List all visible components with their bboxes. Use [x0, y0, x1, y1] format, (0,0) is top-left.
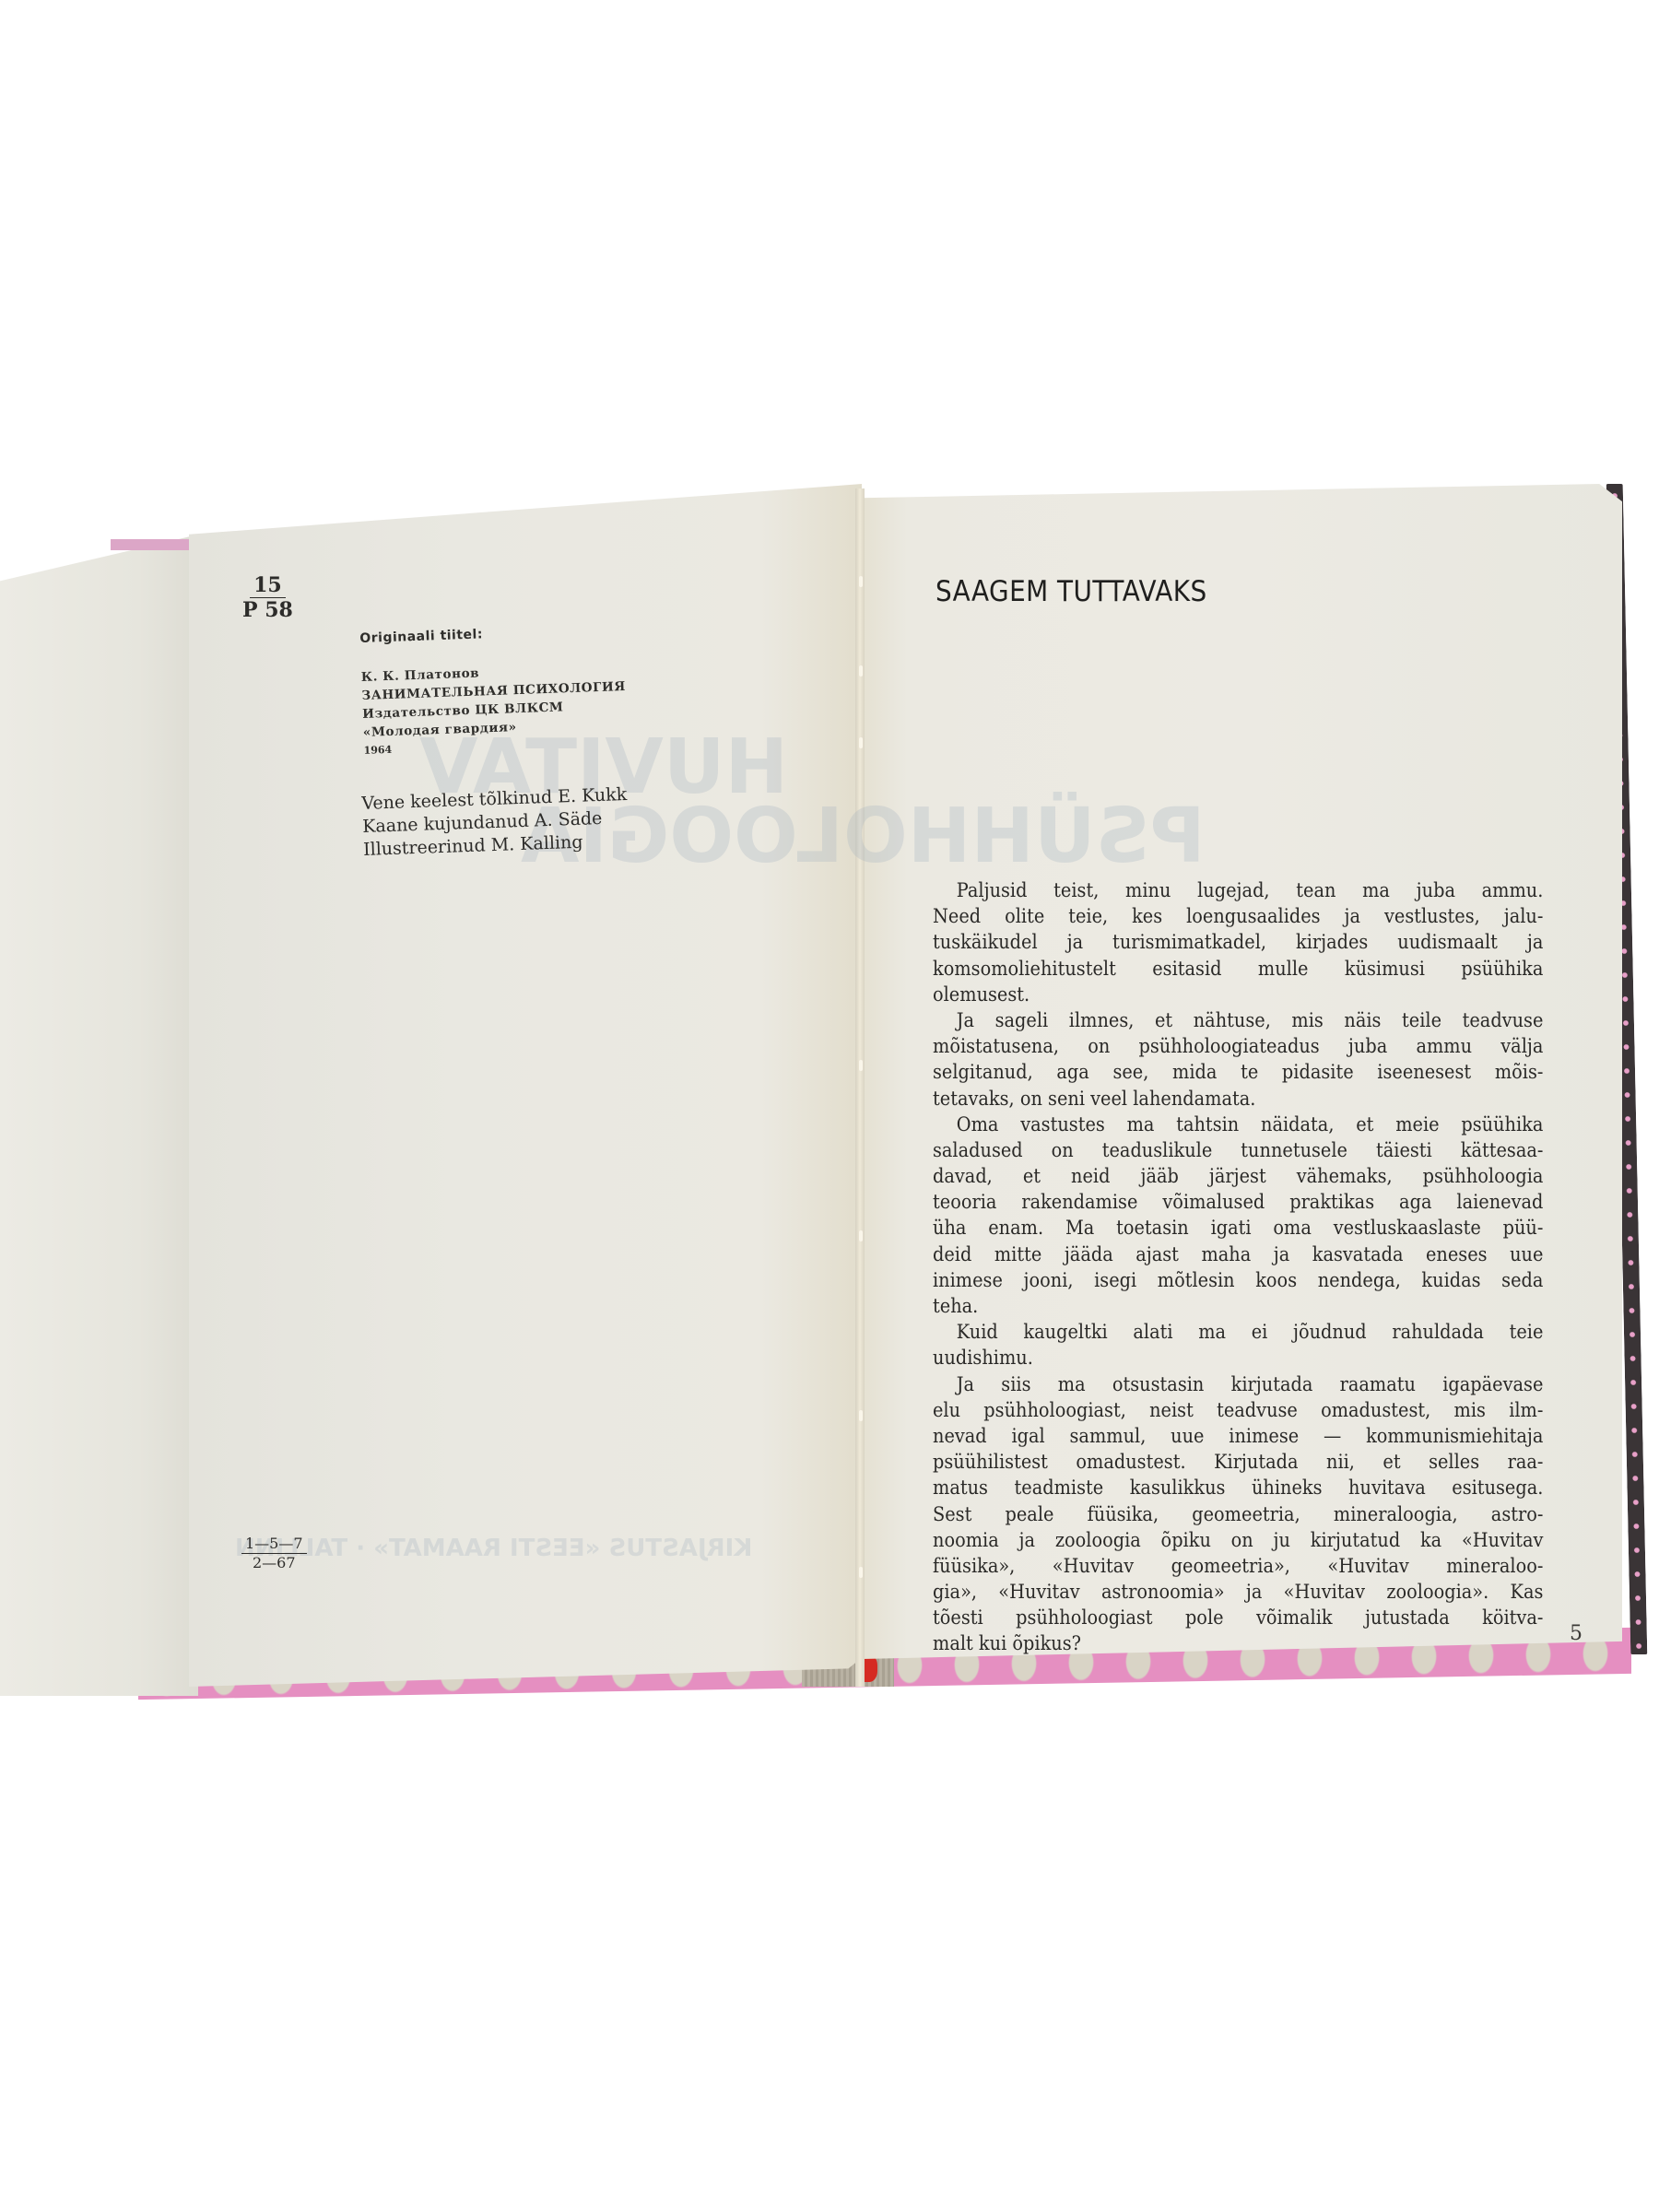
- text-line: olemusest.: [933, 982, 1543, 1007]
- print-code: 1—5—7 2—67: [241, 1535, 307, 1572]
- text-line: malt kui õpikus?: [933, 1630, 1543, 1656]
- text-line: Paljusid teist, minu lugejad, tean ma ju…: [933, 877, 1543, 903]
- text-line: deid mitte jääda ajast maha ja kasvatada…: [933, 1241, 1543, 1267]
- classification-code: 15 P 58: [242, 573, 293, 622]
- text-line: Ja sageli ilmnes, et nähtuse, mis näis t…: [933, 1007, 1543, 1033]
- text-line: komsomoliehitustelt esitasid mulle küsim…: [933, 956, 1543, 982]
- text-line: mõistatusena, on psühholoogiateadus juba…: [933, 1033, 1543, 1059]
- classification-denominator: P 58: [242, 598, 293, 622]
- text-line: psüühilistest omadustest. Kirjutada nii,…: [933, 1449, 1543, 1475]
- print-code-numerator: 1—5—7: [241, 1535, 307, 1554]
- page-number: 5: [1570, 1622, 1583, 1645]
- chapter-title: SAAGEM TUTTAVAKS: [935, 575, 1207, 608]
- binding-stitch: [859, 576, 863, 587]
- text-line: tetavaks, on seni veel lahendamata.: [933, 1086, 1543, 1112]
- text-line: matus teadmiste kasulikkus ühineks huvit…: [933, 1475, 1543, 1500]
- text-line: Kuid kaugeltki alati ma ei jõudnud rahul…: [933, 1319, 1543, 1345]
- text-line: tuskäikudel ja turismimatkadel, kirjades…: [933, 929, 1543, 955]
- text-line: noomia ja zooloogia õpiku on ju kirjutat…: [933, 1527, 1543, 1553]
- text-line: Oma vastustes ma tahtsin näidata, et mei…: [933, 1112, 1543, 1137]
- print-code-denominator: 2—67: [253, 1554, 296, 1572]
- text-line: gia», «Huvitav astronoomia» ja «Huvitav …: [933, 1579, 1543, 1605]
- text-line: Ja siis ma otsustasin kirjutada raamatu …: [933, 1371, 1543, 1397]
- original-title-block: Originaali tiitel: К. К. Платонов ЗАНИМА…: [359, 620, 628, 760]
- cover-inner-flap: [0, 535, 198, 1696]
- binding-stitch: [859, 1567, 863, 1578]
- binding-stitch: [859, 665, 863, 677]
- binding-stitch: [859, 737, 863, 748]
- text-line: inimese jooni, isegi mõtlesin koos nende…: [933, 1267, 1543, 1293]
- binding-stitch: [859, 1060, 863, 1071]
- text-line: füüsika», «Huvitav geomeetria», «Huvitav…: [933, 1553, 1543, 1579]
- text-line: teha.: [933, 1293, 1543, 1319]
- text-line: Sest peale füüsika, geomeetria, mineralo…: [933, 1501, 1543, 1527]
- binding-stitch: [859, 1410, 863, 1421]
- binding-stitch: [859, 1230, 863, 1241]
- text-line: teooria rakendamise võimalused praktikas…: [933, 1189, 1543, 1215]
- text-line: elu psühholoogiast, neist teadvuse omadu…: [933, 1397, 1543, 1423]
- chapter-body-text: Paljusid teist, minu lugejad, tean ma ju…: [933, 877, 1543, 1657]
- text-line: nevad igal sammul, uue inimese — kommuni…: [933, 1423, 1543, 1449]
- credits-block: Vene keelest tõlkinud E. Kukk Kaane kuju…: [361, 783, 629, 862]
- text-line: üha enam. Ma toetasin igati oma vestlusk…: [933, 1215, 1543, 1241]
- text-line: uudishimu.: [933, 1345, 1543, 1371]
- text-line: tõesti psühholoogiast pole võimalik jutu…: [933, 1605, 1543, 1630]
- show-through-publisher: KIRJASTUS «EESTI RAAMAT» · TALLINN: [235, 1535, 752, 1562]
- text-line: saladused on teaduslikule tunnetusele tä…: [933, 1137, 1543, 1163]
- text-line: davad, et neid jääb järjest vähemaks, ps…: [933, 1163, 1543, 1189]
- cover-flap-pink-edge: [111, 539, 194, 550]
- classification-numerator: 15: [250, 573, 286, 598]
- text-line: Need olite teie, kes loengusaalides ja v…: [933, 903, 1543, 929]
- text-line: selgitanud, aga see, mida te pidasite is…: [933, 1059, 1543, 1085]
